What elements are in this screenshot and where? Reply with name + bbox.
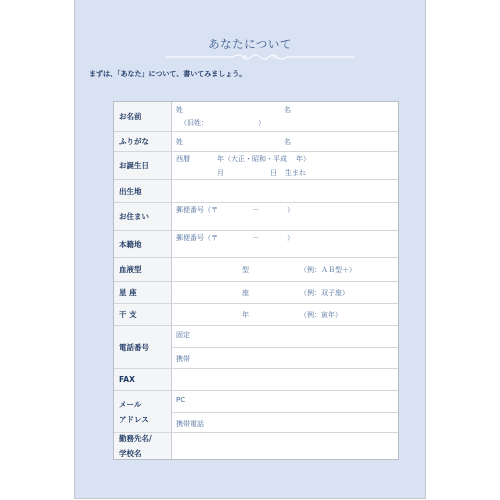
label-address: お住まい [114,203,172,230]
row-seiza: 星 座 座 （例：双子座） [114,281,398,303]
page-title: あなたについて [75,36,425,52]
mail-pc-field[interactable]: PC [172,391,398,412]
row-birthplace: 出生地 [114,179,398,202]
label-seiza: 星 座 [114,282,172,303]
row-blood: 血液型 型 （例：ＡＢ型＋） [114,257,398,281]
ornament-divider-icon [165,52,355,62]
honseki-field[interactable]: 郵便番号（〒 － ） [172,231,398,257]
row-address: お住まい 郵便番号（〒 － ） [114,202,398,230]
birthday-field[interactable]: 西暦 年（大正・昭和・平成 年） 月 日 生まれ [172,152,398,179]
document-page: あなたについて まずは、「あなた」について、書いてみましょう。 お名前 姓 名 … [74,0,426,499]
birthplace-field[interactable] [172,180,398,202]
label-honseki: 本籍地 [114,231,172,257]
name-field[interactable]: 姓 名 （旧姓： ） [172,102,398,131]
label-mail: メール アドレス [114,391,172,432]
row-birthday: お誕生日 西暦 年（大正・昭和・平成 年） 月 日 生まれ [114,151,398,179]
row-work: 勤務先名/ 学校名 [114,432,398,459]
row-name: お名前 姓 名 （旧姓： ） [114,102,398,131]
phone-fixed-field[interactable]: 固定 [172,326,398,347]
label-eto: 干 支 [114,304,172,325]
intro-text: まずは、「あなた」について、書いてみましょう。 [89,69,246,79]
furigana-field[interactable]: 姓 名 [172,132,398,151]
blood-field[interactable]: 型 （例：ＡＢ型＋） [172,258,398,281]
label-birthplace: 出生地 [114,180,172,202]
row-phone: 電話番号 固定 携帯 [114,325,398,368]
work-field[interactable] [172,433,398,459]
label-birthday: お誕生日 [114,152,172,179]
eto-field[interactable]: 年 （例：寅年） [172,304,398,325]
profile-form-table: お名前 姓 名 （旧姓： ） ふりがな 姓 名 お誕生日 西暦 年（大正・昭和・… [113,101,399,460]
label-phone: 電話番号 [114,326,172,368]
label-work: 勤務先名/ 学校名 [114,433,172,459]
mail-mobile-field[interactable]: 携帯電話 [172,412,398,433]
address-field[interactable]: 郵便番号（〒 － ） [172,203,398,230]
row-eto: 干 支 年 （例：寅年） [114,303,398,325]
label-blood: 血液型 [114,258,172,281]
row-furigana: ふりがな 姓 名 [114,131,398,151]
phone-mobile-field[interactable]: 携帯 [172,347,398,369]
label-furigana: ふりがな [114,132,172,151]
row-mail: メール アドレス PC 携帯電話 [114,390,398,432]
seiza-field[interactable]: 座 （例：双子座） [172,282,398,303]
label-name: お名前 [114,102,172,131]
label-fax: FAX [114,369,172,390]
row-fax: FAX [114,368,398,390]
fax-field[interactable] [172,369,398,390]
row-honseki: 本籍地 郵便番号（〒 － ） [114,230,398,257]
